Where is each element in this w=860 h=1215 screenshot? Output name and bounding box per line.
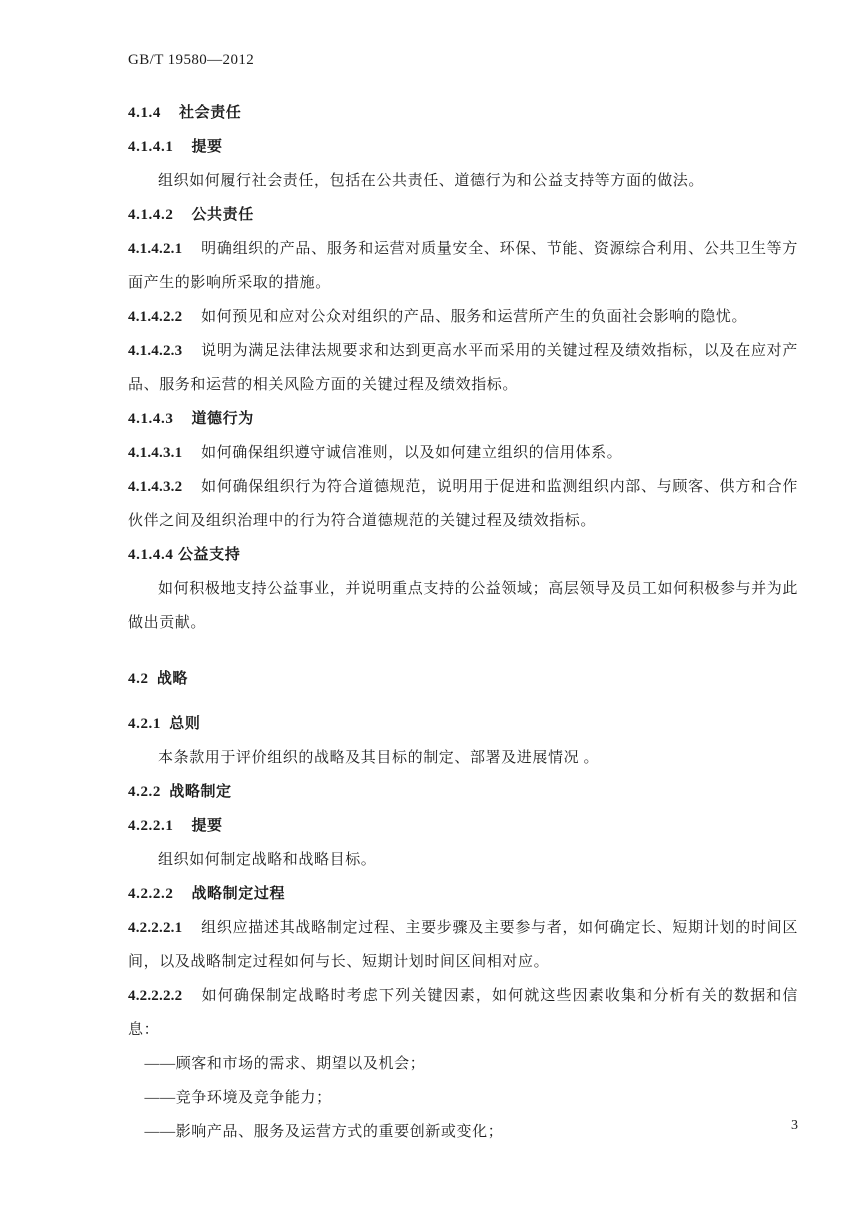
paragraph-public-welfare-support: 如何积极地支持公益事业，并说明重点支持的公益领域；高层领导及员工如何积极参与并为… bbox=[128, 572, 798, 640]
heading-title: 战略制定过程 bbox=[191, 886, 285, 902]
page-number: 3 bbox=[791, 1116, 798, 1136]
heading-4-2-2-1: 4.2.2.1提要 bbox=[128, 809, 798, 843]
clause-4-2-2-2-1: 4.2.2.2.1组织应描述其战略制定过程、主要步骤及主要参与者，如何确定长、短… bbox=[128, 911, 798, 979]
heading-number: 4.1.4 bbox=[128, 105, 161, 121]
clause-4-1-4-3-2: 4.1.4.3.2如何确保组织行为符合道德规范，说明用于促进和监测组织内部、与顾… bbox=[128, 470, 798, 538]
clause-4-2-2-2-2: 4.2.2.2.2如何确保制定战略时考虑下列关键因素，如何就这些因素收集和分析有… bbox=[128, 979, 798, 1047]
heading-4-1-4: 4.1.4社会责任 bbox=[128, 96, 798, 130]
heading-4-2-2: 4.2.2战略制定 bbox=[128, 775, 798, 809]
document-standard-code: GB/T 19580—2012 bbox=[128, 50, 800, 70]
heading-4-1-4-4: 4.1.4.4公益支持 bbox=[128, 538, 798, 572]
heading-title: 提要 bbox=[191, 139, 222, 155]
heading-number: 4.1.4.4 bbox=[128, 547, 173, 563]
heading-4-1-4-3: 4.1.4.3道德行为 bbox=[128, 402, 798, 436]
heading-title: 道德行为 bbox=[191, 411, 253, 427]
heading-title: 公益支持 bbox=[178, 547, 240, 563]
heading-4-2-1: 4.2.1总则 bbox=[128, 707, 798, 741]
heading-number: 4.1.4.2 bbox=[128, 207, 173, 223]
heading-4-2: 4.2战略 bbox=[128, 662, 798, 696]
heading-number: 4.2.2 bbox=[128, 784, 161, 800]
list-item-competitive-environment: ——竞争环境及竞争能力； bbox=[128, 1081, 798, 1115]
heading-number: 4.2 bbox=[128, 671, 149, 687]
clause-number: 4.1.4.3.2 bbox=[128, 479, 182, 495]
heading-number: 4.2.2.2 bbox=[128, 886, 173, 902]
clause-number: 4.1.4.2.3 bbox=[128, 343, 182, 359]
clause-text: 明确组织的产品、服务和运营对质量安全、环保、节能、资源综合利用、公共卫生等方面产… bbox=[128, 241, 798, 291]
paragraph-social-responsibility-summary: 组织如何履行社会责任，包括在公共责任、道德行为和公益支持等方面的做法。 bbox=[128, 164, 798, 198]
heading-4-1-4-1: 4.1.4.1提要 bbox=[128, 130, 798, 164]
list-item-innovation-changes: ——影响产品、服务及运营方式的重要创新或变化； bbox=[128, 1115, 798, 1149]
clause-number: 4.2.2.2.2 bbox=[128, 988, 182, 1004]
list-item-customer-market-needs: ——顾客和市场的需求、期望以及机会； bbox=[128, 1047, 798, 1081]
heading-number: 4.2.2.1 bbox=[128, 818, 173, 834]
heading-title: 总则 bbox=[169, 716, 200, 732]
heading-title: 战略制定 bbox=[169, 784, 231, 800]
paragraph-strategy-formulation-summary: 组织如何制定战略和战略目标。 bbox=[128, 843, 798, 877]
heading-title: 战略 bbox=[157, 671, 188, 687]
clause-number: 4.1.4.3.1 bbox=[128, 445, 182, 461]
clause-number: 4.1.4.2.1 bbox=[128, 241, 182, 257]
document-body: 4.1.4社会责任 4.1.4.1提要 组织如何履行社会责任，包括在公共责任、道… bbox=[128, 96, 798, 1149]
clause-text: 如何确保组织遵守诚信准则，以及如何建立组织的信用体系。 bbox=[201, 445, 622, 461]
heading-number: 4.1.4.3 bbox=[128, 411, 173, 427]
clause-text: 如何预见和应对公众对组织的产品、服务和运营所产生的负面社会影响的隐忧。 bbox=[201, 309, 747, 325]
paragraph-strategy-general: 本条款用于评价组织的战略及其目标的制定、部署及进展情况 。 bbox=[128, 741, 798, 775]
heading-4-2-2-2: 4.2.2.2战略制定过程 bbox=[128, 877, 798, 911]
clause-number: 4.2.2.2.1 bbox=[128, 920, 182, 936]
clause-4-1-4-2-2: 4.1.4.2.2如何预见和应对公众对组织的产品、服务和运营所产生的负面社会影响… bbox=[128, 300, 798, 334]
heading-title: 提要 bbox=[191, 818, 222, 834]
clause-number: 4.1.4.2.2 bbox=[128, 309, 182, 325]
heading-title: 公共责任 bbox=[191, 207, 253, 223]
clause-text: 说明为满足法律法规要求和达到更高水平而采用的关键过程及绩效指标，以及在应对产品、… bbox=[128, 343, 798, 393]
heading-4-1-4-2: 4.1.4.2公共责任 bbox=[128, 198, 798, 232]
document-page: GB/T 19580—2012 4.1.4社会责任 4.1.4.1提要 组织如何… bbox=[0, 0, 860, 1149]
clause-text: 如何确保组织行为符合道德规范，说明用于促进和监测组织内部、与顾客、供方和合作伙伴… bbox=[128, 479, 798, 529]
clause-text: 如何确保制定战略时考虑下列关键因素，如何就这些因素收集和分析有关的数据和信息： bbox=[128, 988, 798, 1038]
heading-title: 社会责任 bbox=[179, 105, 241, 121]
clause-4-1-4-2-1: 4.1.4.2.1明确组织的产品、服务和运营对质量安全、环保、节能、资源综合利用… bbox=[128, 232, 798, 300]
clause-text: 组织应描述其战略制定过程、主要步骤及主要参与者，如何确定长、短期计划的时间区间，… bbox=[128, 920, 798, 970]
heading-number: 4.1.4.1 bbox=[128, 139, 173, 155]
clause-4-1-4-3-1: 4.1.4.3.1如何确保组织遵守诚信准则，以及如何建立组织的信用体系。 bbox=[128, 436, 798, 470]
clause-4-1-4-2-3: 4.1.4.2.3说明为满足法律法规要求和达到更高水平而采用的关键过程及绩效指标… bbox=[128, 334, 798, 402]
heading-number: 4.2.1 bbox=[128, 716, 161, 732]
